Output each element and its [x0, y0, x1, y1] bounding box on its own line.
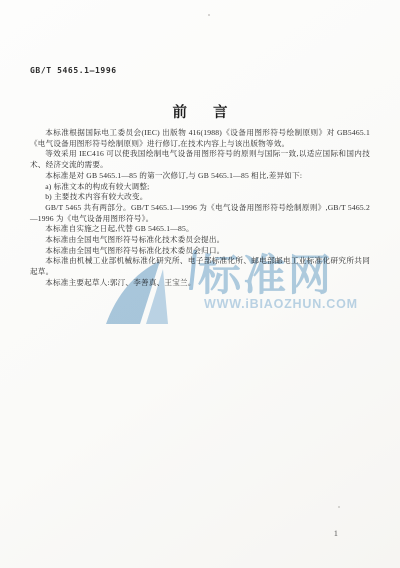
foreword-paragraph: 本标准由全国电气图形符号标准化技术委员会归口。: [30, 246, 370, 257]
foreword-paragraph: 本标准是对 GB 5465.1—85 的第一次修订,与 GB 5465.1—85…: [30, 171, 370, 182]
foreword-paragraph: 本标准主要起草人:郭汀、李善真、王宝兰。: [30, 278, 370, 289]
page-title: 前言: [0, 101, 400, 122]
standard-code-header: GB/T 5465.1—1996: [30, 66, 117, 75]
scan-speck: [338, 506, 340, 508]
document-page: GB/T 5465.1—1996 前言 本标准根据国际电工委员会(IEC) 出版…: [0, 0, 400, 568]
foreword-paragraph: 本标准由全国电气图形符号标准化技术委员会提出。: [30, 235, 370, 246]
foreword-paragraph: 等效采用 IEC416 可以使我国绘制电气设备用图形符号的原则与国际一致,以适应…: [30, 149, 370, 170]
foreword-paragraph: a) 标准文本的构成有较大调整;: [30, 182, 370, 193]
foreword-paragraph: 本标准自实施之日起,代替 GB 5465.1—85。: [30, 224, 370, 235]
foreword-paragraph: b) 主要技术内容有较大改变。: [30, 192, 370, 203]
foreword-paragraph: 本标准由机械工业部机械标准化研究所、电子部标准化所、邮电部邮电工业标准化研究所共…: [30, 256, 370, 277]
foreword-paragraph: 本标准根据国际电工委员会(IEC) 出版物 416(1988)《设备用图形符号绘…: [30, 128, 370, 149]
foreword-paragraph: GB/T 5465 共有两部分。GB/T 5465.1—1996 为《电气设备用…: [30, 203, 370, 224]
foreword-text-block: 本标准根据国际电工委员会(IEC) 出版物 416(1988)《设备用图形符号绘…: [30, 128, 370, 289]
watermark-url-text: WWW.iBIAOZHUN.COM: [204, 297, 358, 311]
scan-speck: [208, 14, 210, 16]
page-number: 1: [334, 528, 338, 538]
